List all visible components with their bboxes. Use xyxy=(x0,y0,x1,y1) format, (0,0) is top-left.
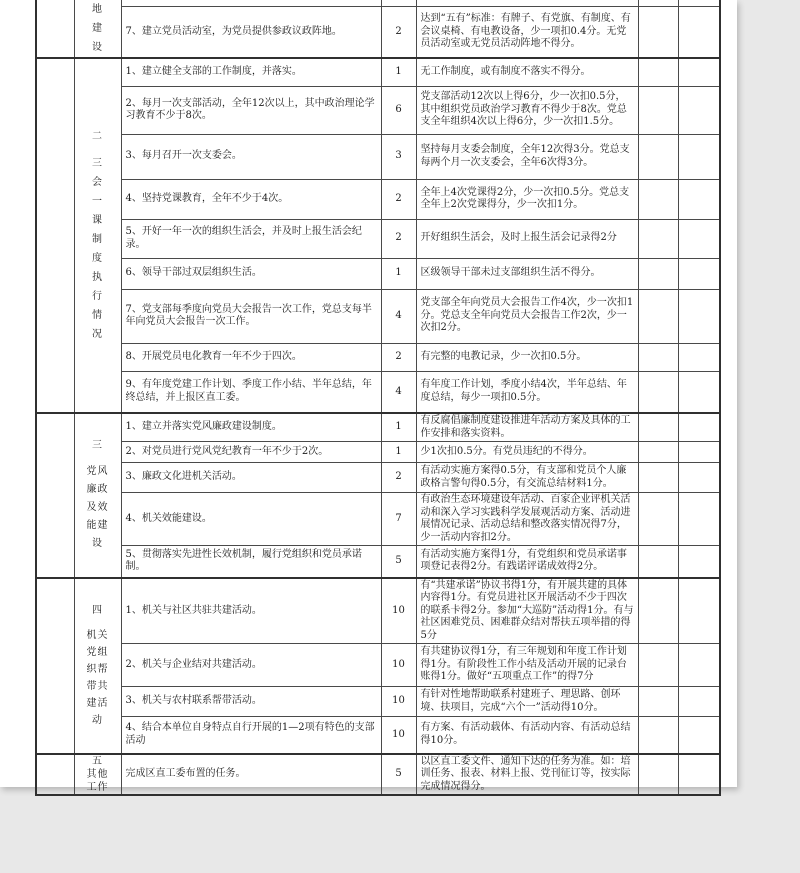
category-label-line: 带共 xyxy=(75,678,121,695)
self-score-entry-cell xyxy=(638,219,678,258)
category-label-line: 机关 xyxy=(75,627,121,644)
final-score-entry-cell xyxy=(678,413,720,442)
self-score-entry-cell xyxy=(638,6,678,58)
category-label-line: 地 xyxy=(75,0,121,19)
blank-left-cell xyxy=(36,58,74,413)
self-score-entry-cell xyxy=(638,644,678,687)
item-cell: 3、每月召开一次支委会。 xyxy=(121,134,381,179)
self-score-entry-cell xyxy=(638,134,678,179)
table-row: 3、机关与农村联系帮带活动。10有针对性地帮助联系村建班子、理思路、创环境、扶项… xyxy=(36,687,720,717)
criteria-cell: 有活动实施方案得1分，有党组织和党员承诺事项登记表得2分。有践诺评诺成效得2分。 xyxy=(416,546,638,578)
self-score-entry-cell xyxy=(638,754,678,796)
table-row: 9、有年度党建工作计划、季度工作小结、半年总结，年终总结，并上报区直工委。4有年… xyxy=(36,371,720,413)
category-label-line: 制 xyxy=(75,230,121,249)
final-score-entry-cell xyxy=(678,219,720,258)
score-cell: 2 xyxy=(381,343,416,371)
self-score-entry-cell xyxy=(638,413,678,442)
criteria-cell: 开好组织生活会，及时上报生活会记录得2分 xyxy=(416,219,638,258)
final-score-entry-cell xyxy=(678,644,720,687)
score-cell: 10 xyxy=(381,644,416,687)
category-label-line: 动 xyxy=(75,712,121,729)
score-cell: 5 xyxy=(381,546,416,578)
final-score-entry-cell xyxy=(678,754,720,796)
score-cell: 10 xyxy=(381,717,416,754)
self-score-entry-cell xyxy=(638,578,678,644)
final-score-entry-cell xyxy=(678,463,720,493)
category-label-line: 二 xyxy=(75,127,121,146)
table-row: 5、开好一年一次的组织生活会，并及时上报生活会纪录。2开好组织生活会，及时上报生… xyxy=(36,219,720,258)
table-row: 3、廉政文化进机关活动。2有活动实施方案得0.5分，有支部和党员个人廉政格言警句… xyxy=(36,463,720,493)
score-cell: 1 xyxy=(381,258,416,289)
category-label-line: 五 xyxy=(75,755,121,768)
item-cell: 5、贯彻落实先进性长效机制，履行党组织和党员承诺制。 xyxy=(121,546,381,578)
criteria-cell: 有反腐倡廉制度建设推进年活动方案及具体的工作安排和落实资料。 xyxy=(416,413,638,442)
category-label-line: 三 xyxy=(75,437,121,455)
blank-left-cell xyxy=(36,754,74,796)
item-cell: 4、坚持党课教育，全年不少于4次。 xyxy=(121,179,381,219)
final-score-entry-cell xyxy=(678,717,720,754)
self-score-entry-cell xyxy=(638,179,678,219)
criteria-cell: 以区直工委文件、通知下达的任务为准。如：培训任务、报表、材料上报、党刊征订等，按… xyxy=(416,754,638,796)
category-label-line: 党组 xyxy=(75,644,121,661)
criteria-cell: 少1次扣0.5分。有党员违纪的不得分。 xyxy=(416,442,638,463)
category-label-line: 会 xyxy=(75,173,121,192)
criteria-cell: 全年上4次党课得2分，少一次扣0.5分。党总支全年上2次党课得分，少一次扣1分。 xyxy=(416,179,638,219)
category-cell: 二三会一课制度执行情况 xyxy=(74,58,121,413)
final-score-entry-cell xyxy=(678,442,720,463)
score-cell: 2 xyxy=(381,463,416,493)
document-page: 地建设7、建立党员活动室，为党员提供参政议政阵地。2达到“五有”标准：有牌子、有… xyxy=(0,0,737,787)
category-label-line: 党风 xyxy=(75,463,121,481)
table-row: 4、机关效能建设。7有政治生态环境建设年活动、百家企业评机关活动和深入学习实践科… xyxy=(36,493,720,546)
final-score-entry-cell xyxy=(678,371,720,413)
category-label: 地建设 xyxy=(75,0,121,57)
category-label-line xyxy=(75,146,121,154)
category-label-line: 四 xyxy=(75,602,121,619)
score-cell: 1 xyxy=(381,413,416,442)
self-score-entry-cell xyxy=(638,463,678,493)
criteria-cell: 党支部全年向党员大会报告工作4次，少一次扣1分。党总支全年向党员大会报告工作2次… xyxy=(416,289,638,343)
table-row: 三党风廉政及效能建设1、建立并落实党风廉政建设制度。1有反腐倡廉制度建设推进年活… xyxy=(36,413,720,442)
blank-left-cell xyxy=(36,413,74,578)
blank-left-cell xyxy=(36,578,74,754)
table-row: 2、机关与企业结对共建活动。10有共建协议得1分，有三年规划和年度工作计划得1分… xyxy=(36,644,720,687)
score-cell: 10 xyxy=(381,687,416,717)
table-row: 7、党支部每季度向党员大会报告一次工作，党总支每半年向党员大会报告一次工作。4党… xyxy=(36,289,720,343)
final-score-entry-cell xyxy=(678,687,720,717)
final-score-entry-cell xyxy=(678,343,720,371)
category-label-line: 三 xyxy=(75,154,121,173)
item-cell: 3、机关与农村联系帮带活动。 xyxy=(121,687,381,717)
category-label-line: 情 xyxy=(75,306,121,325)
self-score-entry-cell xyxy=(638,687,678,717)
category-label-line: 课 xyxy=(75,211,121,230)
score-cell: 5 xyxy=(381,754,416,796)
final-score-entry-cell xyxy=(678,58,720,86)
self-score-entry-cell xyxy=(638,86,678,134)
category-label-line: 建 xyxy=(75,19,121,38)
score-cell: 6 xyxy=(381,86,416,134)
self-score-entry-cell xyxy=(638,58,678,86)
final-score-entry-cell xyxy=(678,258,720,289)
item-cell: 9、有年度党建工作计划、季度工作小结、半年总结，年终总结，并上报区直工委。 xyxy=(121,371,381,413)
category-cell: 五其他工作 xyxy=(74,754,121,796)
final-score-entry-cell xyxy=(678,493,720,546)
self-score-entry-cell xyxy=(638,546,678,578)
criteria-cell: 有完整的电教记录，少一次扣0.5分。 xyxy=(416,343,638,371)
criteria-cell: 无工作制度，或有制度不落实不得分。 xyxy=(416,58,638,86)
item-cell: 1、机关与社区共驻共建活动。 xyxy=(121,578,381,644)
category-label-line: 其他 xyxy=(75,768,121,781)
table-row: 2、每月一次支部活动，全年12次以上，其中政治理论学习教育不少于8次。6党支部活… xyxy=(36,86,720,134)
criteria-cell: 有“共建承诺”协议书得1分，有开展共建的具体内容得1分。有党员进社区开展活动不少… xyxy=(416,578,638,644)
item-cell: 完成区直工委布置的任务。 xyxy=(121,754,381,796)
blank-left-cell xyxy=(36,0,74,58)
item-cell: 2、对党员进行党风党纪教育一年不少于2次。 xyxy=(121,442,381,463)
item-cell: 8、开展党员电化教育一年不少于四次。 xyxy=(121,343,381,371)
table-row: 2、对党员进行党风党纪教育一年不少于2次。1少1次扣0.5分。有党员违纪的不得分… xyxy=(36,442,720,463)
category-label-line: 建活 xyxy=(75,695,121,712)
table-row: 四机关党组织帮带共建活动1、机关与社区共驻共建活动。10有“共建承诺”协议书得1… xyxy=(36,578,720,644)
category-cell: 地建设 xyxy=(74,0,121,58)
item-cell: 2、每月一次支部活动，全年12次以上，其中政治理论学习教育不少于8次。 xyxy=(121,86,381,134)
category-cell: 三党风廉政及效能建设 xyxy=(74,413,121,578)
score-cell: 2 xyxy=(381,219,416,258)
score-cell: 10 xyxy=(381,578,416,644)
criteria-cell: 有政治生态环境建设年活动、百家企业评机关活动和深入学习实践科学发展观活动方案、活… xyxy=(416,493,638,546)
category-label-line: 廉政 xyxy=(75,481,121,499)
category-label: 四机关党组织帮带共建活动 xyxy=(75,602,121,729)
item-cell: 1、建立健全支部的工作制度，并落实。 xyxy=(121,58,381,86)
score-cell: 4 xyxy=(381,289,416,343)
item-cell: 5、开好一年一次的组织生活会，并及时上报生活会纪录。 xyxy=(121,219,381,258)
criteria-cell: 有年度工作计划，季度小结4次，半年总结、年度总结，每少一项扣0.5分。 xyxy=(416,371,638,413)
item-cell: 4、结合本单位自身特点自行开展的1—2项有特色的支部活动 xyxy=(121,717,381,754)
table-row: 4、坚持党课教育，全年不少于4次。2全年上4次党课得2分，少一次扣0.5分。党总… xyxy=(36,179,720,219)
criteria-cell: 坚持每月支委会制度，全年12次得3分。党总支每两个月一次支委会，全年6次得3分。 xyxy=(416,134,638,179)
item-cell: 2、机关与企业结对共建活动。 xyxy=(121,644,381,687)
table-row: 3、每月召开一次支委会。3坚持每月支委会制度，全年12次得3分。党总支每两个月一… xyxy=(36,134,720,179)
criteria-cell: 有共建协议得1分，有三年规划和年度工作计划得1分。有阶段性工作小结及活动开展的记… xyxy=(416,644,638,687)
category-label-line: 设 xyxy=(75,38,121,57)
category-label-line xyxy=(75,455,121,463)
category-label-line xyxy=(75,619,121,627)
category-label-line: 执 xyxy=(75,268,121,287)
table-row: 5、贯彻落实先进性长效机制，履行党组织和党员承诺制。5有活动实施方案得1分，有党… xyxy=(36,546,720,578)
table-row: 二三会一课制度执行情况1、建立健全支部的工作制度，并落实。1无工作制度，或有制度… xyxy=(36,58,720,86)
category-label-line: 设 xyxy=(75,535,121,553)
final-score-entry-cell xyxy=(678,179,720,219)
self-score-entry-cell xyxy=(638,371,678,413)
item-cell: 7、建立党员活动室，为党员提供参政议政阵地。 xyxy=(121,6,381,58)
category-label-line: 度 xyxy=(75,249,121,268)
category-label-line: 能建 xyxy=(75,517,121,535)
final-score-entry-cell xyxy=(678,6,720,58)
criteria-cell: 有活动实施方案得0.5分，有支部和党员个人廉政格言警句得0.5分，有交流总结材料… xyxy=(416,463,638,493)
table-row: 7、建立党员活动室，为党员提供参政议政阵地。2达到“五有”标准：有牌子、有党旗、… xyxy=(36,6,720,58)
category-label-line: 一 xyxy=(75,192,121,211)
item-cell: 6、领导干部过双层组织生活。 xyxy=(121,258,381,289)
table-row: 4、结合本单位自身特点自行开展的1—2项有特色的支部活动10有方案、有活动载体、… xyxy=(36,717,720,754)
score-cell: 2 xyxy=(381,179,416,219)
category-label-line: 织帮 xyxy=(75,661,121,678)
assessment-table: 地建设7、建立党员活动室，为党员提供参政议政阵地。2达到“五有”标准：有牌子、有… xyxy=(35,0,721,796)
self-score-entry-cell xyxy=(638,493,678,546)
table-row: 8、开展党员电化教育一年不少于四次。2有完整的电教记录，少一次扣0.5分。 xyxy=(36,343,720,371)
self-score-entry-cell xyxy=(638,343,678,371)
category-label: 五其他工作 xyxy=(75,755,121,794)
score-cell: 2 xyxy=(381,6,416,58)
item-cell: 7、党支部每季度向党员大会报告一次工作，党总支每半年向党员大会报告一次工作。 xyxy=(121,289,381,343)
category-label: 二三会一课制度执行情况 xyxy=(75,127,121,344)
criteria-cell: 有针对性地帮助联系村建班子、理思路、创环境、扶项目，完成“六个一”活动得10分。 xyxy=(416,687,638,717)
criteria-cell: 区级领导干部未过支部组织生活不得分。 xyxy=(416,258,638,289)
category-label-line: 行 xyxy=(75,287,121,306)
self-score-entry-cell xyxy=(638,442,678,463)
item-cell: 3、廉政文化进机关活动。 xyxy=(121,463,381,493)
criteria-cell: 有方案、有活动载体、有活动内容、有活动总结得10分。 xyxy=(416,717,638,754)
category-label-line: 工作 xyxy=(75,781,121,794)
category-label-line: 况 xyxy=(75,325,121,344)
score-cell: 3 xyxy=(381,134,416,179)
self-score-entry-cell xyxy=(638,289,678,343)
self-score-entry-cell xyxy=(638,258,678,289)
score-cell: 1 xyxy=(381,58,416,86)
score-cell: 4 xyxy=(381,371,416,413)
score-cell: 1 xyxy=(381,442,416,463)
category-label-line: 及效 xyxy=(75,499,121,517)
criteria-cell: 党支部活动12次以上得6分，少一次扣0.5分，其中组织党员政治学习教育不得少于8… xyxy=(416,86,638,134)
final-score-entry-cell xyxy=(678,546,720,578)
item-cell: 1、建立并落实党风廉政建设制度。 xyxy=(121,413,381,442)
final-score-entry-cell xyxy=(678,289,720,343)
final-score-entry-cell xyxy=(678,578,720,644)
final-score-entry-cell xyxy=(678,86,720,134)
table-row: 五其他工作完成区直工委布置的任务。5以区直工委文件、通知下达的任务为准。如：培训… xyxy=(36,754,720,796)
final-score-entry-cell xyxy=(678,134,720,179)
self-score-entry-cell xyxy=(638,717,678,754)
table-row: 6、领导干部过双层组织生活。1区级领导干部未过支部组织生活不得分。 xyxy=(36,258,720,289)
score-cell: 7 xyxy=(381,493,416,546)
category-cell: 四机关党组织帮带共建活动 xyxy=(74,578,121,754)
category-label: 三党风廉政及效能建设 xyxy=(75,437,121,553)
item-cell: 4、机关效能建设。 xyxy=(121,493,381,546)
criteria-cell: 达到“五有”标准：有牌子、有党旗、有制度、有会议桌椅、有电教设备，少一项扣0.4… xyxy=(416,6,638,58)
